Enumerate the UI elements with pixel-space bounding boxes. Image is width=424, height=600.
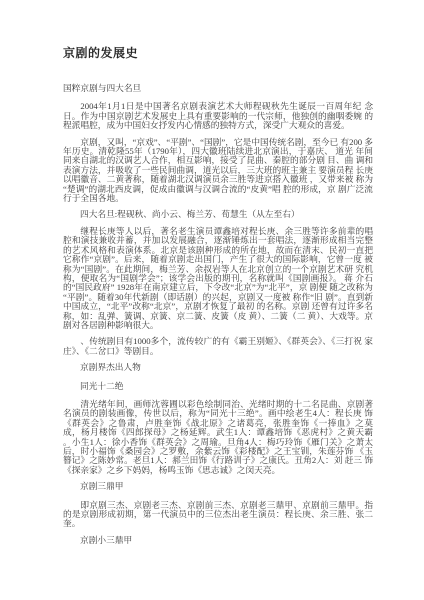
heading-small-three-dingjia: 京剧小三鼎甲 [63,536,373,545]
paragraph-tan-xinpei-and-naming: 继程长庚等人以后，著名老生演员谭鑫培对程长庚、余三胜等许多前辈的唱 腔和演技兼收… [63,227,373,330]
paragraph-peking-opera-history: 京剧，又叫，“京戏”、“平剧”、“国剧”，它是中国传统名剧，至今已 有200 多… [63,138,373,204]
heading-outstanding-figures: 京剧界杰出人物 [63,363,373,372]
paragraph-traditional-repertoire: 、传统剧目有1000多个，流传较广的有《霸王别姬》、《群英会》、《三打祝 家 庄… [63,337,373,356]
document-page: 京剧的发展史 国粹京剧与四大名旦 2004年1月1日是中国著名京剧表演艺术大师程… [0,0,424,600]
caption-four-great-dan: 四大名旦:程砚秋、尚小云、梅兰芳、荀慧生（从左至右） [63,210,373,219]
paragraph-tongguang-portraits: 清光绪年间，画师沈蓉圃以彩色绘制同治、光绪时期的十二名昆曲、京剧著 名演员的剧装… [63,400,373,475]
document-title: 京剧的发展史 [63,46,373,60]
paragraph-cheng-yanqiu-centenary: 2004年1月1日是中国著名京剧表演艺术大师程砚秋先生诞辰一百周年纪 念日。作为… [63,102,373,130]
heading-tongguang-thirteen: 同光十二绝 [63,382,373,391]
heading-three-dingjia: 京剧三鼎甲 [63,482,373,491]
paragraph-three-dingjia: 即京剧三杰、京剧老三杰、京剧前三杰、京剧老三鼎甲、京剧前三鼎甲。指 的是京剧形成… [63,501,373,529]
section-heading-national-opera-four-dan: 国粹京剧与四大名旦 [63,84,373,93]
